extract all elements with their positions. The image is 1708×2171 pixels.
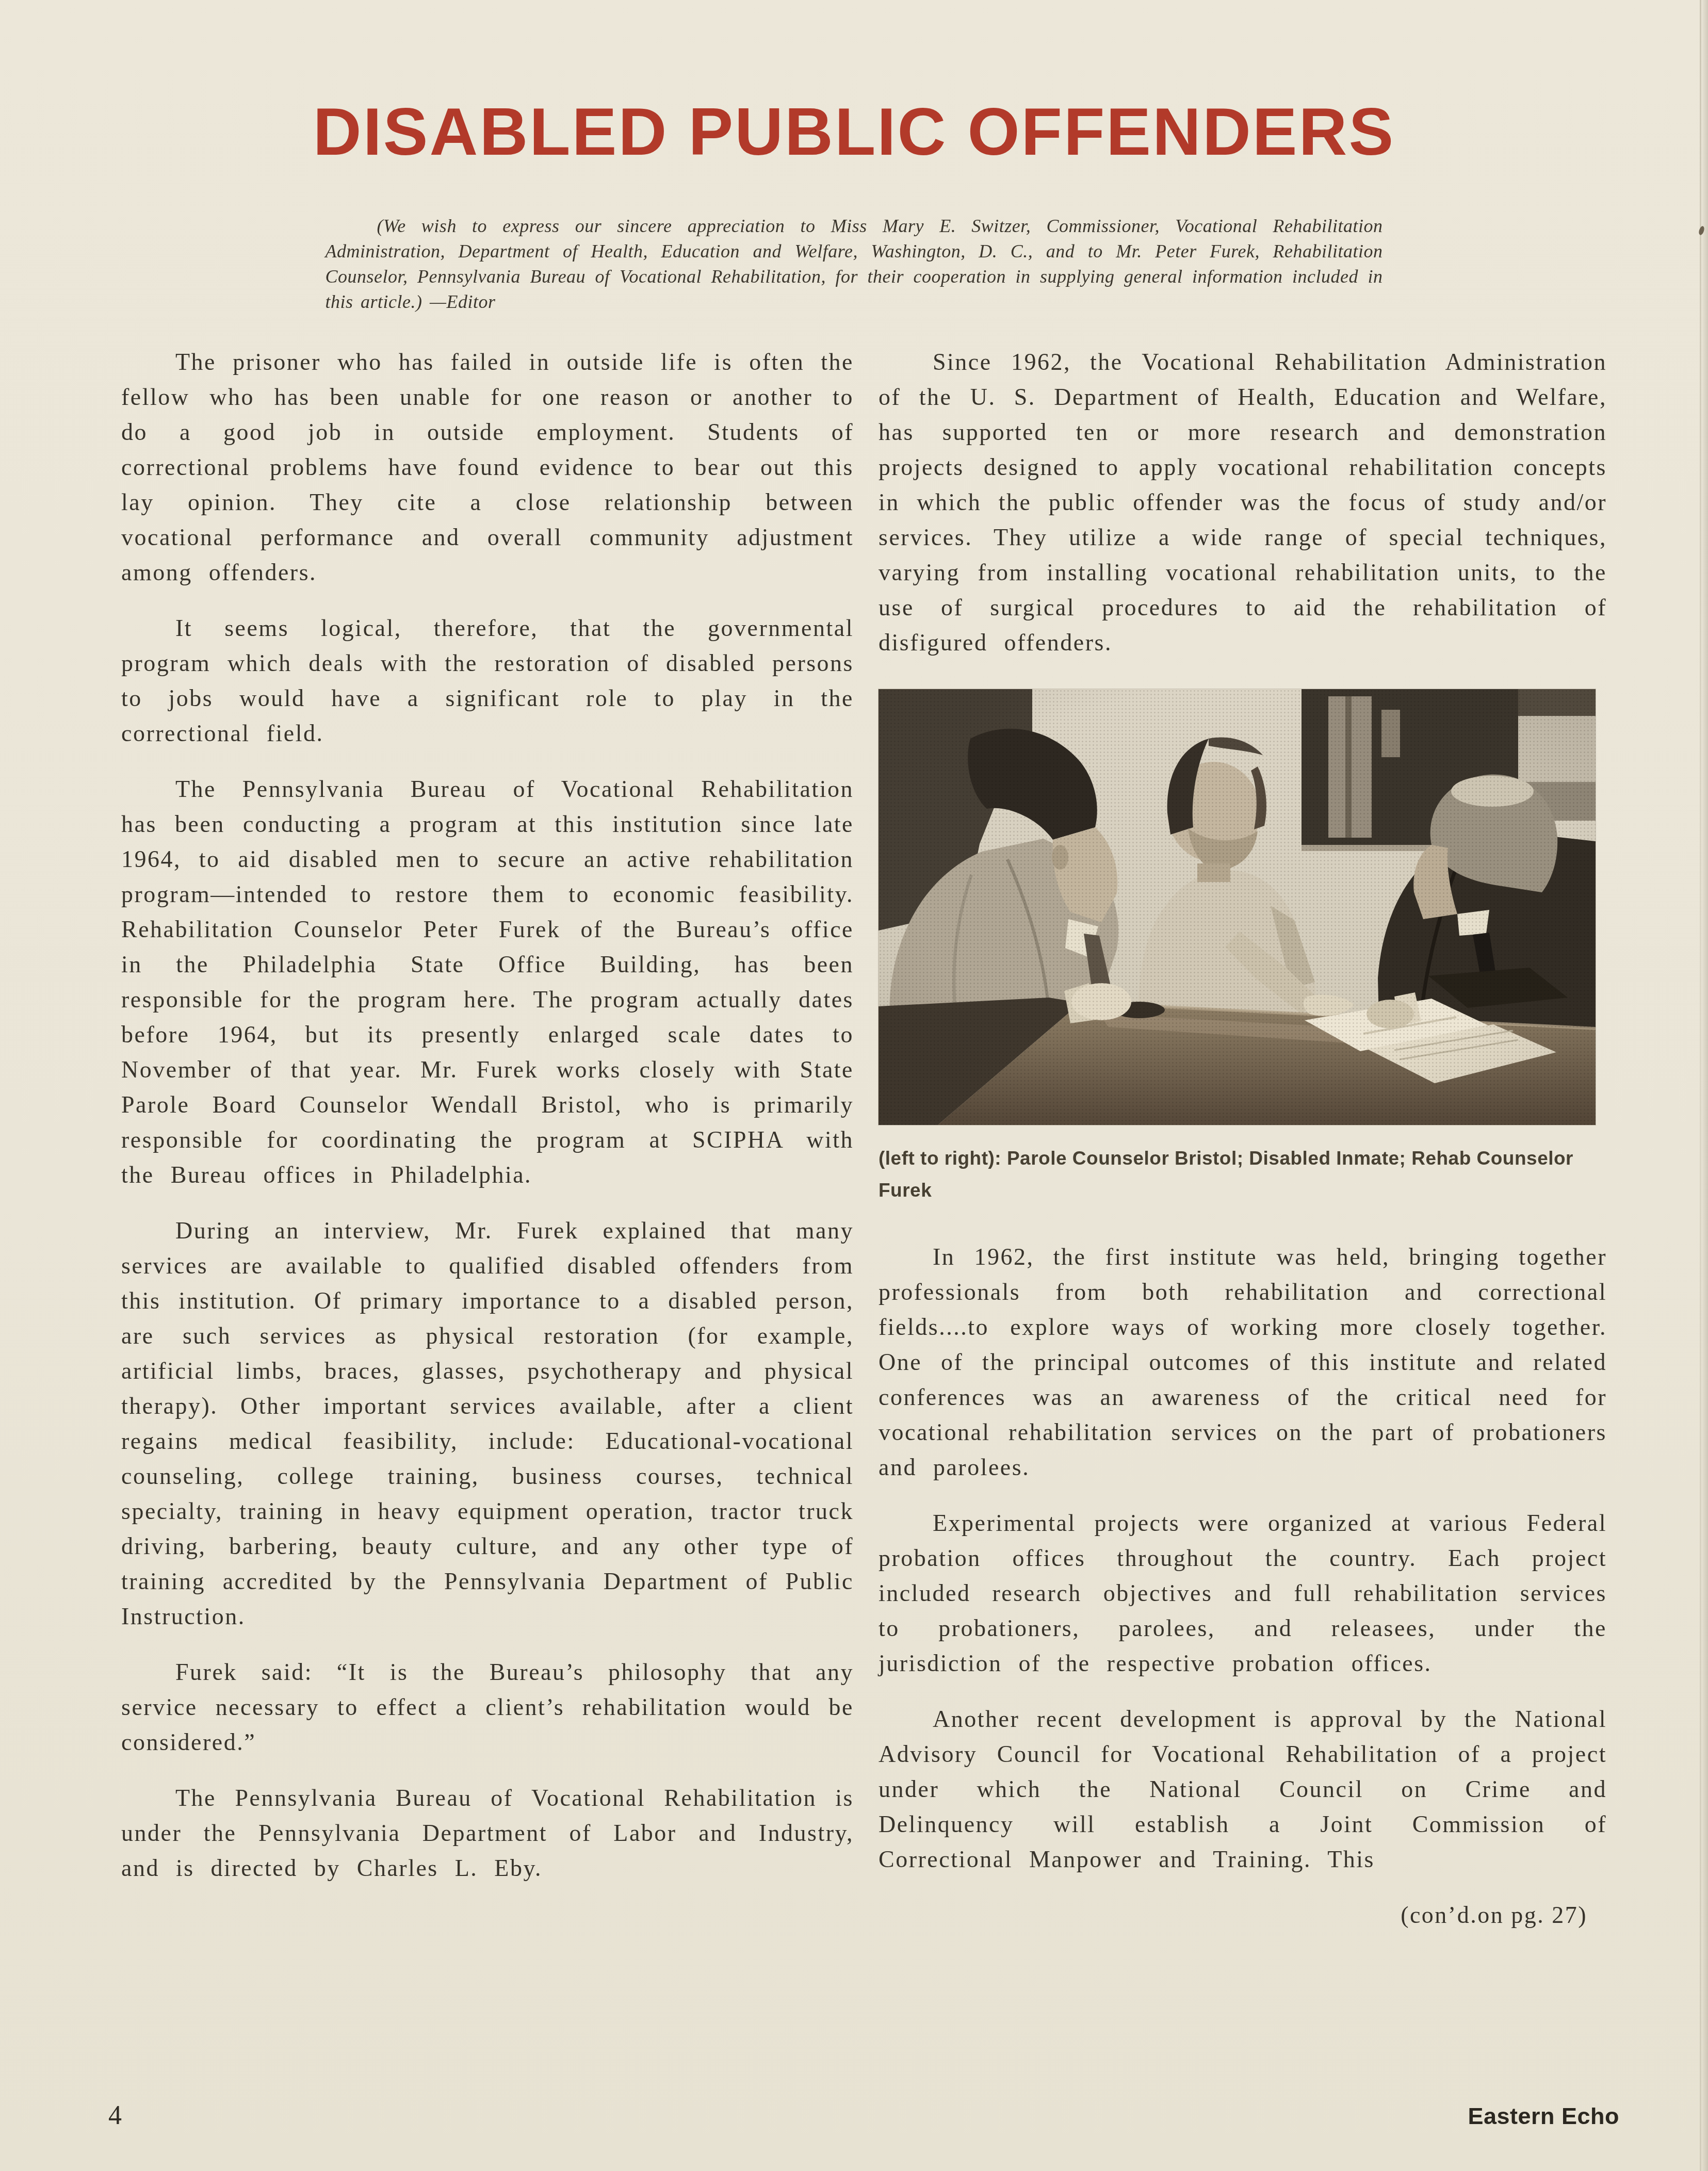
paragraph: The Pennsylvania Bureau of Vocational Re… (121, 772, 854, 1193)
paragraph: Experimental projects were organized at … (879, 1506, 1607, 1681)
photo-caption: (left to right): Parole Counselor Bristo… (879, 1142, 1589, 1206)
paragraph: It seems logical, therefore, that the go… (121, 611, 854, 751)
photo-illustration (879, 689, 1596, 1125)
right-column: Since 1962, the Vocational Rehabilitatio… (879, 345, 1607, 1933)
article-body: The prisoner who has failed in outside l… (121, 345, 1607, 1933)
paragraph: In 1962, the first institute was held, b… (879, 1239, 1607, 1485)
paragraph: Another recent development is approval b… (879, 1702, 1607, 1877)
paragraph: The prisoner who has failed in outside l… (121, 345, 854, 590)
magazine-page: DISABLED PUBLIC OFFENDERS (We wish to ex… (0, 0, 1708, 2171)
paragraph: Since 1962, the Vocational Rehabilitatio… (879, 345, 1607, 660)
scan-edge-shadow (1701, 0, 1708, 2171)
left-column: The prisoner who has failed in outside l… (121, 345, 854, 1933)
paragraph: The Pennsylvania Bureau of Vocational Re… (121, 1781, 854, 1886)
continuation-note: (con’d.on pg. 27) (879, 1898, 1607, 1933)
paragraph: Furek said: “It is the Bureau’s philosop… (121, 1655, 854, 1760)
publication-name: Eastern Echo (1468, 2103, 1619, 2130)
paragraph: During an interview, Mr. Furek explained… (121, 1213, 854, 1634)
page-number: 4 (108, 2100, 122, 2131)
page-footer: 4 Eastern Echo (108, 2100, 1619, 2131)
scan-crease-line (1700, 0, 1701, 2171)
page-title: DISABLED PUBLIC OFFENDERS (0, 98, 1708, 165)
photo-figure (879, 689, 1596, 1125)
editor-note: (We wish to express our sincere apprecia… (326, 214, 1383, 315)
